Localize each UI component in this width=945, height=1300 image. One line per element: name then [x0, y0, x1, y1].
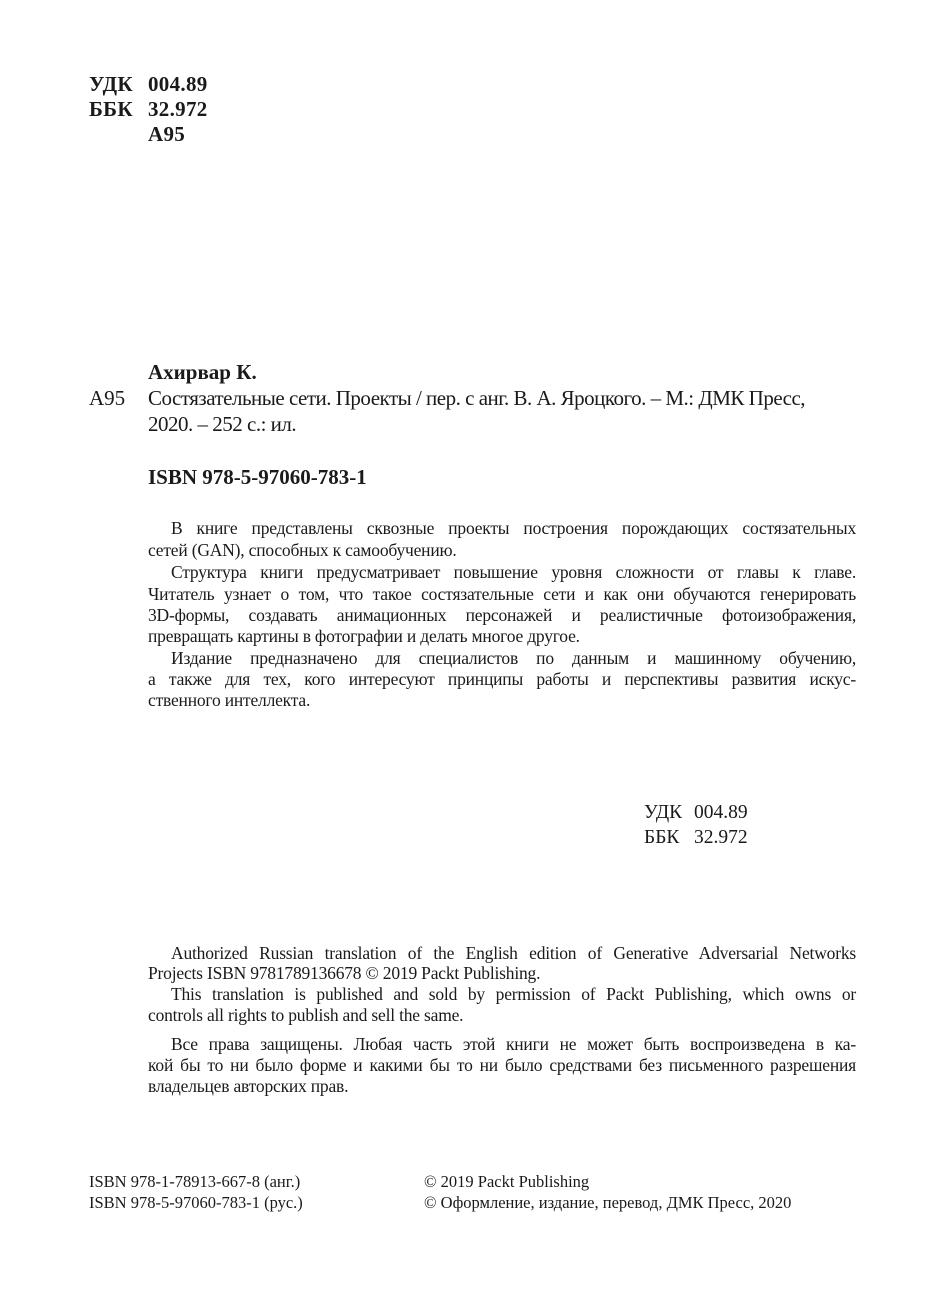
udk-value: 004.89 — [148, 72, 208, 96]
udk-value: 004.89 — [694, 801, 748, 825]
bbk-value: 32.972 — [694, 826, 748, 850]
abstract-line: сетей (GAN), способных к самообучению. — [148, 540, 856, 561]
isbn-english: ISBN 978-1-78913-667-8 (анг.) — [89, 1172, 300, 1192]
license-line: Projects ISBN 9781789136678 © 2019 Packt… — [148, 963, 856, 984]
biblio-line: 2020. – 252 с.: ил. — [148, 412, 296, 437]
rights-line: владельцев авторских прав. — [148, 1076, 856, 1097]
abstract-line: Структура книги предусматривает повышени… — [148, 562, 856, 583]
rights-line: Все права защищены. Любая часть этой кни… — [148, 1034, 856, 1055]
author-mark-value: A95 — [148, 122, 185, 146]
abstract-line: превращать картины в фотографии и делать… — [148, 626, 856, 647]
abstract-line: а также для тех, кого интересуют принцип… — [148, 669, 856, 690]
abstract-line: ственного интеллекта. — [148, 690, 856, 711]
copyright-dmk: © Оформление, издание, перевод, ДМК Прес… — [424, 1193, 791, 1213]
author-name: Ахирвар К. — [148, 360, 257, 385]
abstract-line: Издание предназначено для специалистов п… — [148, 648, 856, 669]
udk-label: УДК — [644, 801, 682, 825]
udk-label: УДК — [89, 72, 133, 96]
license-line: controls all rights to publish and sell … — [148, 1005, 856, 1026]
bbk-label: ББК — [644, 826, 679, 850]
license-line: This translation is published and sold b… — [148, 984, 856, 1005]
bbk-value: 32.972 — [148, 97, 208, 121]
isbn-russian: ISBN 978-5-97060-783-1 (рус.) — [89, 1193, 303, 1213]
abstract-line: Читатель узнает о том, что такое состяза… — [148, 584, 856, 605]
rights-line: кой бы то ни было форме и какими бы то н… — [148, 1055, 856, 1076]
license-line: Authorized Russian translation of the En… — [148, 943, 856, 964]
isbn-main: ISBN 978-5-97060-783-1 — [148, 465, 367, 490]
author-mark: A95 — [89, 386, 125, 411]
bbk-label: ББК — [89, 97, 133, 121]
biblio-line: Состязательные сети. Проекты / пер. с ан… — [148, 386, 805, 411]
abstract-line: 3D-формы, создавать анимационных персона… — [148, 605, 856, 626]
copyright-packt: © 2019 Packt Publishing — [424, 1172, 589, 1192]
abstract-line: В книге представлены сквозные проекты по… — [148, 518, 856, 539]
